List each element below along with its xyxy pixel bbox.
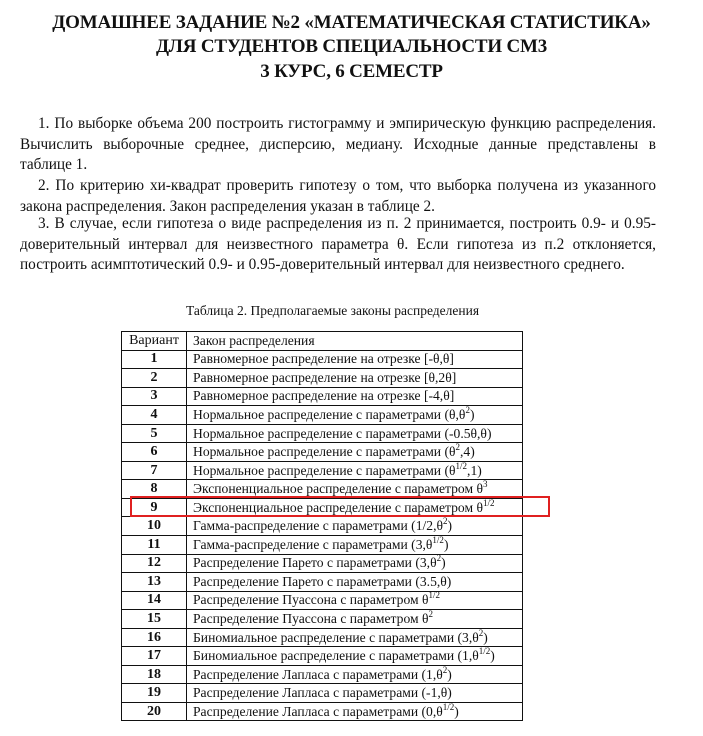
table-row: 12Распределение Парето с параметрами (3,… <box>122 554 523 573</box>
distribution-table: Вариант Закон распределения 1Равномерное… <box>121 331 523 721</box>
law-tail: ) <box>448 518 453 533</box>
law-tail: ,4) <box>460 444 475 459</box>
variant-number: 4 <box>122 406 187 425</box>
law-text: Нормальное распределение с параметрами (… <box>193 463 456 478</box>
table-row: 7Нормальное распределение с параметрами … <box>122 461 523 480</box>
law-exponent: 1/2 <box>483 498 495 508</box>
distribution-law: Нормальное распределение с параметрами (… <box>187 443 523 462</box>
law-exponent: 1/2 <box>479 646 491 656</box>
law-text: Равномерное распределение на отрезке [θ,… <box>193 370 456 385</box>
law-text: Экспоненциальное распределение с парамет… <box>193 500 483 515</box>
variant-number: 9 <box>122 498 187 517</box>
law-tail: ) <box>447 667 452 682</box>
document-title: ДОМАШНЕЕ ЗАДАНИЕ №2 «МАТЕМАТИЧЕСКАЯ СТАТ… <box>0 12 703 34</box>
variant-number: 2 <box>122 369 187 388</box>
table-row: 9Экспоненциальное распределение с параме… <box>122 498 523 517</box>
law-text: Распределение Пуассона с параметром θ <box>193 611 429 626</box>
law-text: Нормальное распределение с параметрами (… <box>193 444 456 459</box>
distribution-law: Нормальное распределение с параметрами (… <box>187 406 523 425</box>
table-caption: Таблица 2. Предполагаемые законы распред… <box>0 303 665 319</box>
distribution-law: Нормальное распределение с параметрами (… <box>187 424 523 443</box>
table-row: 17Биномиальное распределение с параметра… <box>122 647 523 666</box>
variant-number: 6 <box>122 443 187 462</box>
distribution-law: Биномиальное распределение с параметрами… <box>187 628 523 647</box>
table-row: 6Нормальное распределение с параметрами … <box>122 443 523 462</box>
table-row: 1Равномерное распределение на отрезке [-… <box>122 350 523 369</box>
variant-number: 8 <box>122 480 187 499</box>
distribution-law: Экспоненциальное распределение с парамет… <box>187 498 523 517</box>
law-text: Распределение Лапласа с параметрами (0,θ <box>193 704 443 719</box>
law-text: Распределение Парето с параметрами (3,θ <box>193 555 437 570</box>
distribution-law: Распределение Пуассона с параметром θ2 <box>187 610 523 629</box>
table-row: 10Гамма-распределение с параметрами (1/2… <box>122 517 523 536</box>
variant-number: 19 <box>122 684 187 703</box>
distribution-law: Гамма-распределение с параметрами (1/2,θ… <box>187 517 523 536</box>
law-exponent: 1/2 <box>456 461 468 471</box>
distribution-law: Экспоненциальное распределение с парамет… <box>187 480 523 499</box>
distribution-law: Распределение Парето с параметрами (3,θ2… <box>187 554 523 573</box>
law-text: Распределение Парето с параметрами (3.5,… <box>193 574 451 589</box>
table-row: 4Нормальное распределение с параметрами … <box>122 406 523 425</box>
law-text: Биномиальное распределение с параметрами… <box>193 630 479 645</box>
law-text: Распределение Лапласа с параметрами (-1,… <box>193 685 452 700</box>
law-tail: ) <box>454 704 459 719</box>
table-row: 3Равномерное распределение на отрезке [-… <box>122 387 523 406</box>
law-tail: ) <box>470 407 475 422</box>
variant-number: 20 <box>122 702 187 721</box>
table-row: 19Распределение Лапласа с параметрами (-… <box>122 684 523 703</box>
table-row: 15Распределение Пуассона с параметром θ2 <box>122 610 523 629</box>
distribution-law: Нормальное распределение с параметрами (… <box>187 461 523 480</box>
variant-number: 13 <box>122 573 187 592</box>
table-header-row: Вариант Закон распределения <box>122 332 523 351</box>
law-text: Распределение Пуассона с параметром θ <box>193 592 429 607</box>
law-text: Равномерное распределение на отрезке [-θ… <box>193 351 454 366</box>
table-row: 2Равномерное распределение на отрезке [θ… <box>122 369 523 388</box>
distribution-law: Распределение Лапласа с параметрами (-1,… <box>187 684 523 703</box>
law-text: Гамма-распределение с параметрами (3,θ <box>193 537 432 552</box>
variant-number: 11 <box>122 536 187 555</box>
law-text: Нормальное распределение с параметрами (… <box>193 426 491 441</box>
distribution-law: Распределение Лапласа с параметрами (1,θ… <box>187 665 523 684</box>
distribution-law: Равномерное распределение на отрезке [θ,… <box>187 369 523 388</box>
variant-number: 10 <box>122 517 187 536</box>
header-variant: Вариант <box>122 332 187 351</box>
variant-number: 7 <box>122 461 187 480</box>
law-tail: ) <box>483 630 488 645</box>
table-row: 14Распределение Пуассона с параметром θ1… <box>122 591 523 610</box>
distribution-law: Равномерное распределение на отрезке [-θ… <box>187 350 523 369</box>
law-exponent: 1/2 <box>429 590 441 600</box>
header-law: Закон распределения <box>187 332 523 351</box>
variant-number: 18 <box>122 665 187 684</box>
distribution-law: Гамма-распределение с параметрами (3,θ1/… <box>187 536 523 555</box>
task-1: 1. По выборке объема 200 построить гисто… <box>20 114 656 176</box>
distribution-law: Биномиальное распределение с параметрами… <box>187 647 523 666</box>
law-exponent: 1/2 <box>443 702 455 712</box>
law-tail: ,1) <box>467 463 482 478</box>
variant-number: 14 <box>122 591 187 610</box>
task-2: 2. По критерию хи-квадрат проверить гипо… <box>20 176 656 217</box>
law-text: Распределение Лапласа с параметрами (1,θ <box>193 667 443 682</box>
law-tail: ) <box>441 555 446 570</box>
document-course: 3 КУРС, 6 СЕМЕСТР <box>0 61 703 83</box>
table-row: 18Распределение Лапласа с параметрами (1… <box>122 665 523 684</box>
law-text: Нормальное распределение с параметрами (… <box>193 407 465 422</box>
document-subtitle: ДЛЯ СТУДЕНТОВ СПЕЦИАЛЬНОСТИ СМ3 <box>0 36 703 58</box>
variant-number: 15 <box>122 610 187 629</box>
variant-number: 12 <box>122 554 187 573</box>
table-row: 13Распределение Парето с параметрами (3.… <box>122 573 523 592</box>
law-text: Равномерное распределение на отрезке [-4… <box>193 388 454 403</box>
distribution-law: Равномерное распределение на отрезке [-4… <box>187 387 523 406</box>
law-exponent: 3 <box>483 479 488 489</box>
law-exponent: 1/2 <box>432 535 444 545</box>
law-tail: ) <box>444 537 449 552</box>
law-exponent: 2 <box>429 609 434 619</box>
law-tail: ) <box>490 648 495 663</box>
variant-number: 17 <box>122 647 187 666</box>
table-row: 16Биномиальное распределение с параметра… <box>122 628 523 647</box>
variant-number: 1 <box>122 350 187 369</box>
distribution-law: Распределение Пуассона с параметром θ1/2 <box>187 591 523 610</box>
law-text: Биномиальное распределение с параметрами… <box>193 648 479 663</box>
table-row: 5Нормальное распределение с параметрами … <box>122 424 523 443</box>
law-text: Экспоненциальное распределение с парамет… <box>193 481 483 496</box>
table-row: 8Экспоненциальное распределение с параме… <box>122 480 523 499</box>
distribution-law: Распределение Лапласа с параметрами (0,θ… <box>187 702 523 721</box>
law-text: Гамма-распределение с параметрами (1/2,θ <box>193 518 443 533</box>
variant-number: 5 <box>122 424 187 443</box>
variant-number: 16 <box>122 628 187 647</box>
variant-number: 3 <box>122 387 187 406</box>
distribution-law: Распределение Парето с параметрами (3.5,… <box>187 573 523 592</box>
task-3: 3. В случае, если гипотеза о виде распре… <box>20 214 656 276</box>
table-row: 20Распределение Лапласа с параметрами (0… <box>122 702 523 721</box>
table-row: 11Гамма-распределение с параметрами (3,θ… <box>122 536 523 555</box>
